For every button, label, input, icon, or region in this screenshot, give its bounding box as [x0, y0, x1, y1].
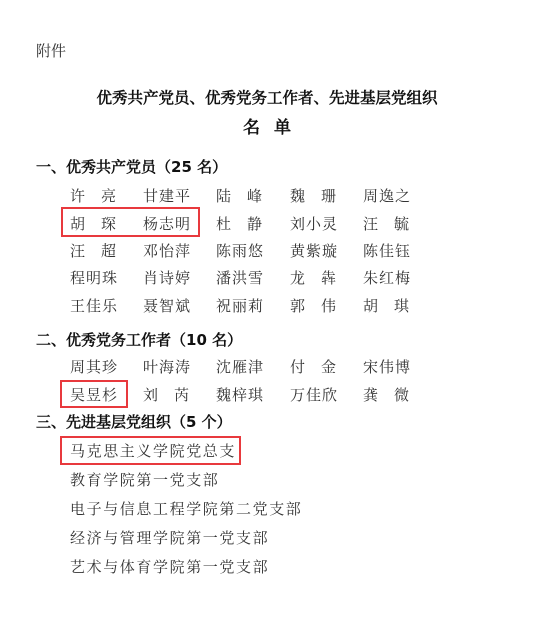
attachment-label: 附件: [36, 40, 66, 61]
org-item: 经济与管理学院第一党支部: [70, 527, 269, 548]
person-name: 付金: [290, 356, 352, 377]
person-name: 龙犇: [290, 267, 352, 288]
highlight-box-organization: [60, 436, 241, 465]
person-name: 陆峰: [216, 185, 278, 206]
person-name: 肖诗婷: [143, 267, 191, 288]
person-name: 王佳乐: [70, 295, 118, 316]
person-name: 叶海涛: [143, 356, 191, 377]
person-name: 甘建平: [143, 185, 191, 206]
document-subtitle: 名单: [0, 113, 534, 138]
person-name: 黄紫璇: [290, 240, 338, 261]
document-title: 优秀共产党员、优秀党务工作者、先进基层党组织: [0, 86, 534, 108]
person-name: 邓怡萍: [143, 240, 191, 261]
person-name: 汪毓: [363, 213, 425, 234]
person-name: 万佳欣: [290, 384, 338, 405]
person-name: 胡琪: [363, 295, 425, 316]
org-item: 艺术与体育学院第一党支部: [70, 556, 269, 577]
person-name: 郭伟: [290, 295, 352, 316]
section-heading-excellent-members: 一、优秀共产党员（25 名）: [36, 156, 227, 177]
person-name: 杜静: [216, 213, 278, 234]
person-name: 沈雁津: [216, 356, 264, 377]
highlight-box-member-names: [61, 207, 200, 237]
person-name: 朱红梅: [363, 267, 411, 288]
person-name: 宋伟博: [363, 356, 411, 377]
person-name: 许亮: [70, 185, 132, 206]
person-name: 陈雨悠: [216, 240, 264, 261]
person-name: 魏珊: [290, 185, 352, 206]
person-name: 刘小灵: [290, 213, 338, 234]
person-name: 陈佳钰: [363, 240, 411, 261]
section-heading-advanced-organizations: 三、先进基层党组织（5 个）: [36, 411, 232, 432]
person-name: 潘洪雪: [216, 267, 264, 288]
person-name: 周逸之: [363, 185, 411, 206]
person-name: 周其珍: [70, 356, 118, 377]
person-name: 程明珠: [70, 267, 118, 288]
person-name: 龚微: [363, 384, 425, 405]
person-name: 汪超: [70, 240, 132, 261]
person-name: 祝丽莉: [216, 295, 264, 316]
person-name: 魏梓琪: [216, 384, 264, 405]
org-item: 教育学院第一党支部: [70, 469, 219, 490]
person-name: 刘芮: [143, 384, 205, 405]
highlight-box-worker-name: [60, 380, 128, 408]
person-name: 聂智斌: [143, 295, 191, 316]
org-item: 电子与信息工程学院第二党支部: [70, 498, 302, 519]
section-heading-party-workers: 二、优秀党务工作者（10 名）: [36, 329, 242, 350]
